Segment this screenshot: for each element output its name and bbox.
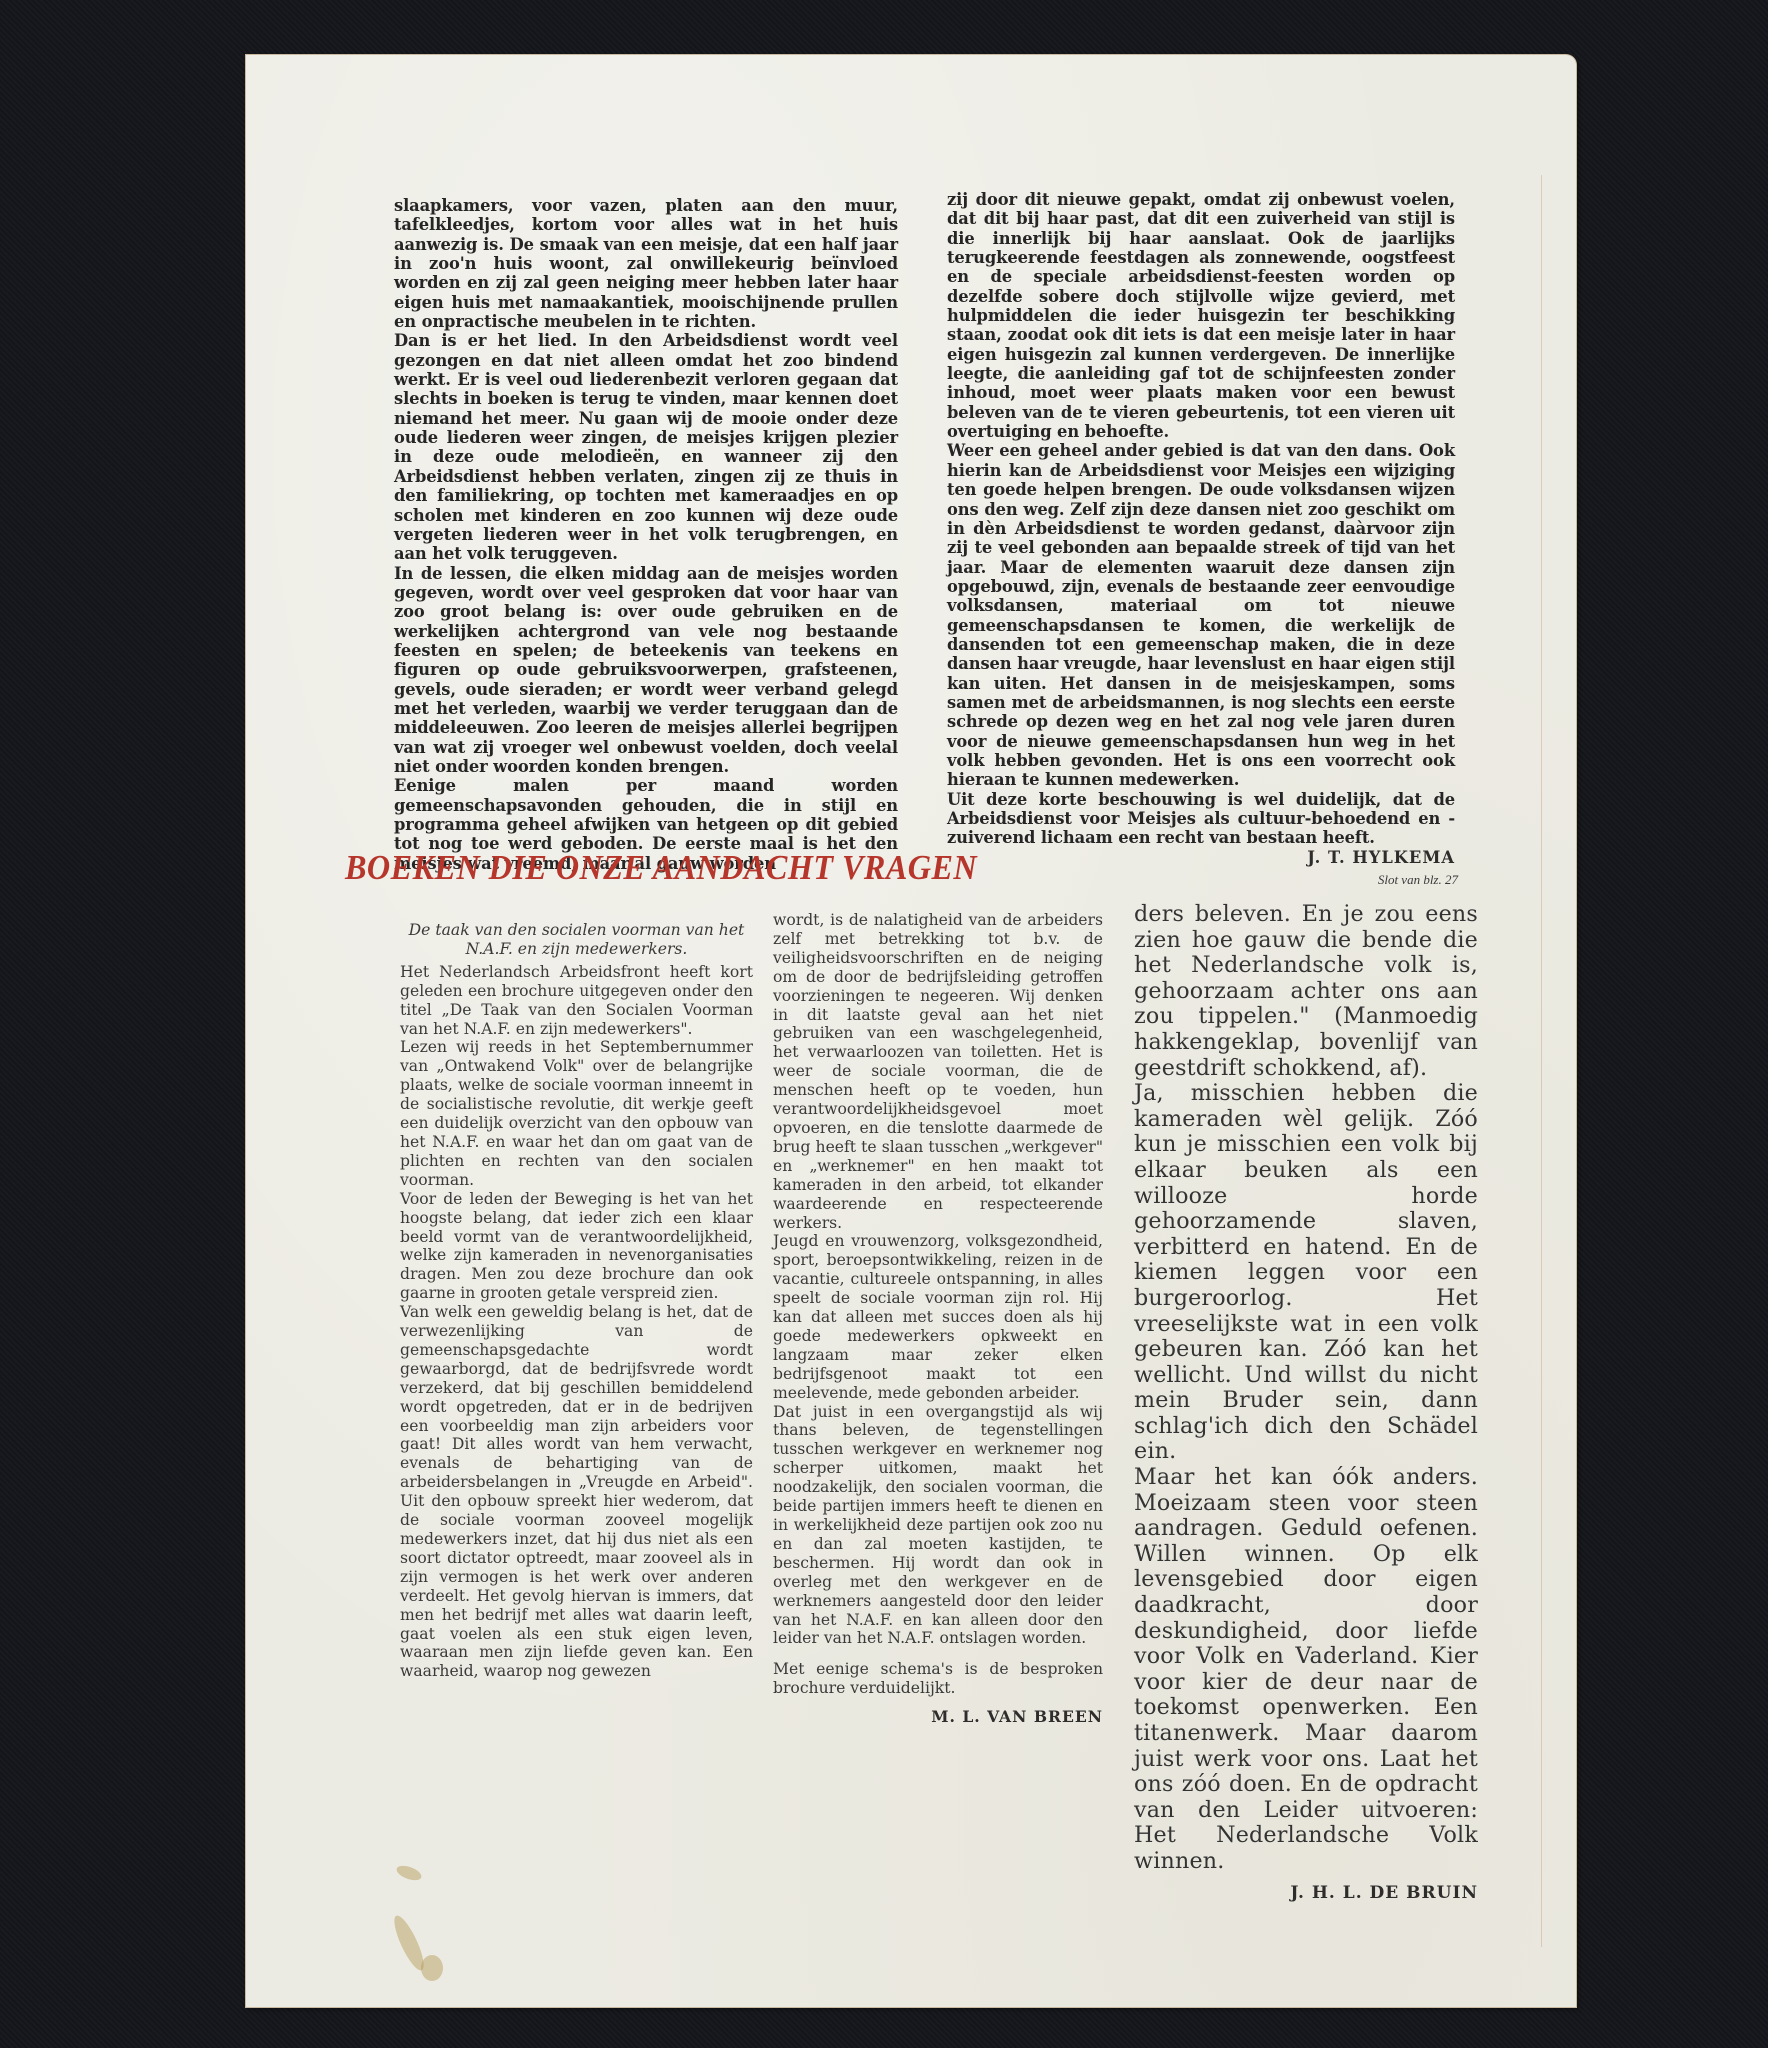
paragraph: Jeugd en vrouwenzorg, volksgezondheid, s… bbox=[773, 1232, 1103, 1402]
paragraph: Ja, misschien hebben die kameraden wèl g… bbox=[1134, 1081, 1478, 1465]
paragraph: Dat juist in een overgangstijd als wij t… bbox=[773, 1403, 1103, 1649]
article-column-top-right: zij door dit nieuwe gepakt, omdat zij on… bbox=[947, 190, 1455, 867]
author-signature: J. T. HYLKEMA bbox=[947, 848, 1455, 867]
paragraph: Lezen wij reeds in het Septembernummer v… bbox=[400, 1038, 753, 1189]
article-column-top-left: slaapkamers, voor vazen, platen aan den … bbox=[394, 196, 898, 873]
closing-note: Met eenige schema's is de besproken broc… bbox=[773, 1660, 1103, 1698]
paragraph: Van welk een geweldig belang is het, dat… bbox=[400, 1303, 753, 1681]
article-column-bottom-middle: wordt, is de nalatigheid van de arbeider… bbox=[773, 911, 1103, 1727]
stain-mark bbox=[395, 1863, 424, 1883]
paragraph: wordt, is de nalatigheid van de arbeider… bbox=[773, 911, 1103, 1232]
author-signature: M. L. VAN BREEN bbox=[773, 1708, 1103, 1727]
paragraph: In de lessen, die elken middag aan de me… bbox=[394, 564, 898, 777]
paragraph: Voor de leden der Beweging is het van he… bbox=[400, 1190, 753, 1303]
paragraph: Het Nederlandsch Arbeidsfront heeft kort… bbox=[400, 963, 753, 1039]
article-column-bottom-left: De taak van den socialen voorman van het… bbox=[400, 921, 753, 1681]
paragraph: Maar het kan óók anders. Moeizaam steen … bbox=[1134, 1465, 1478, 1875]
paragraph: zij door dit nieuwe gepakt, omdat zij on… bbox=[947, 190, 1455, 441]
article-column-bottom-right: ders beleven. En je zou eens zien hoe ga… bbox=[1134, 902, 1478, 1906]
paragraph: ders beleven. En je zou eens zien hoe ga… bbox=[1134, 902, 1478, 1081]
continuation-note: Slot van blz. 27 bbox=[1378, 872, 1458, 888]
paragraph: Weer een geheel ander gebied is dat van … bbox=[947, 441, 1455, 789]
paragraph: slaapkamers, voor vazen, platen aan den … bbox=[394, 196, 898, 331]
paragraph: Uit deze korte beschouwing is wel duidel… bbox=[947, 790, 1455, 848]
paragraph: Dan is er het lied. In den Arbeidsdienst… bbox=[394, 331, 898, 563]
stain-mark bbox=[421, 1955, 443, 1981]
author-signature: J. H. L. DE BRUIN bbox=[1134, 1881, 1478, 1907]
section-headline: BOEKEN DIE ONZE AANDACHT VRAGEN bbox=[345, 848, 977, 888]
article-subtitle: De taak van den socialen voorman van het… bbox=[400, 921, 753, 959]
page-fold-line bbox=[1541, 175, 1542, 1947]
